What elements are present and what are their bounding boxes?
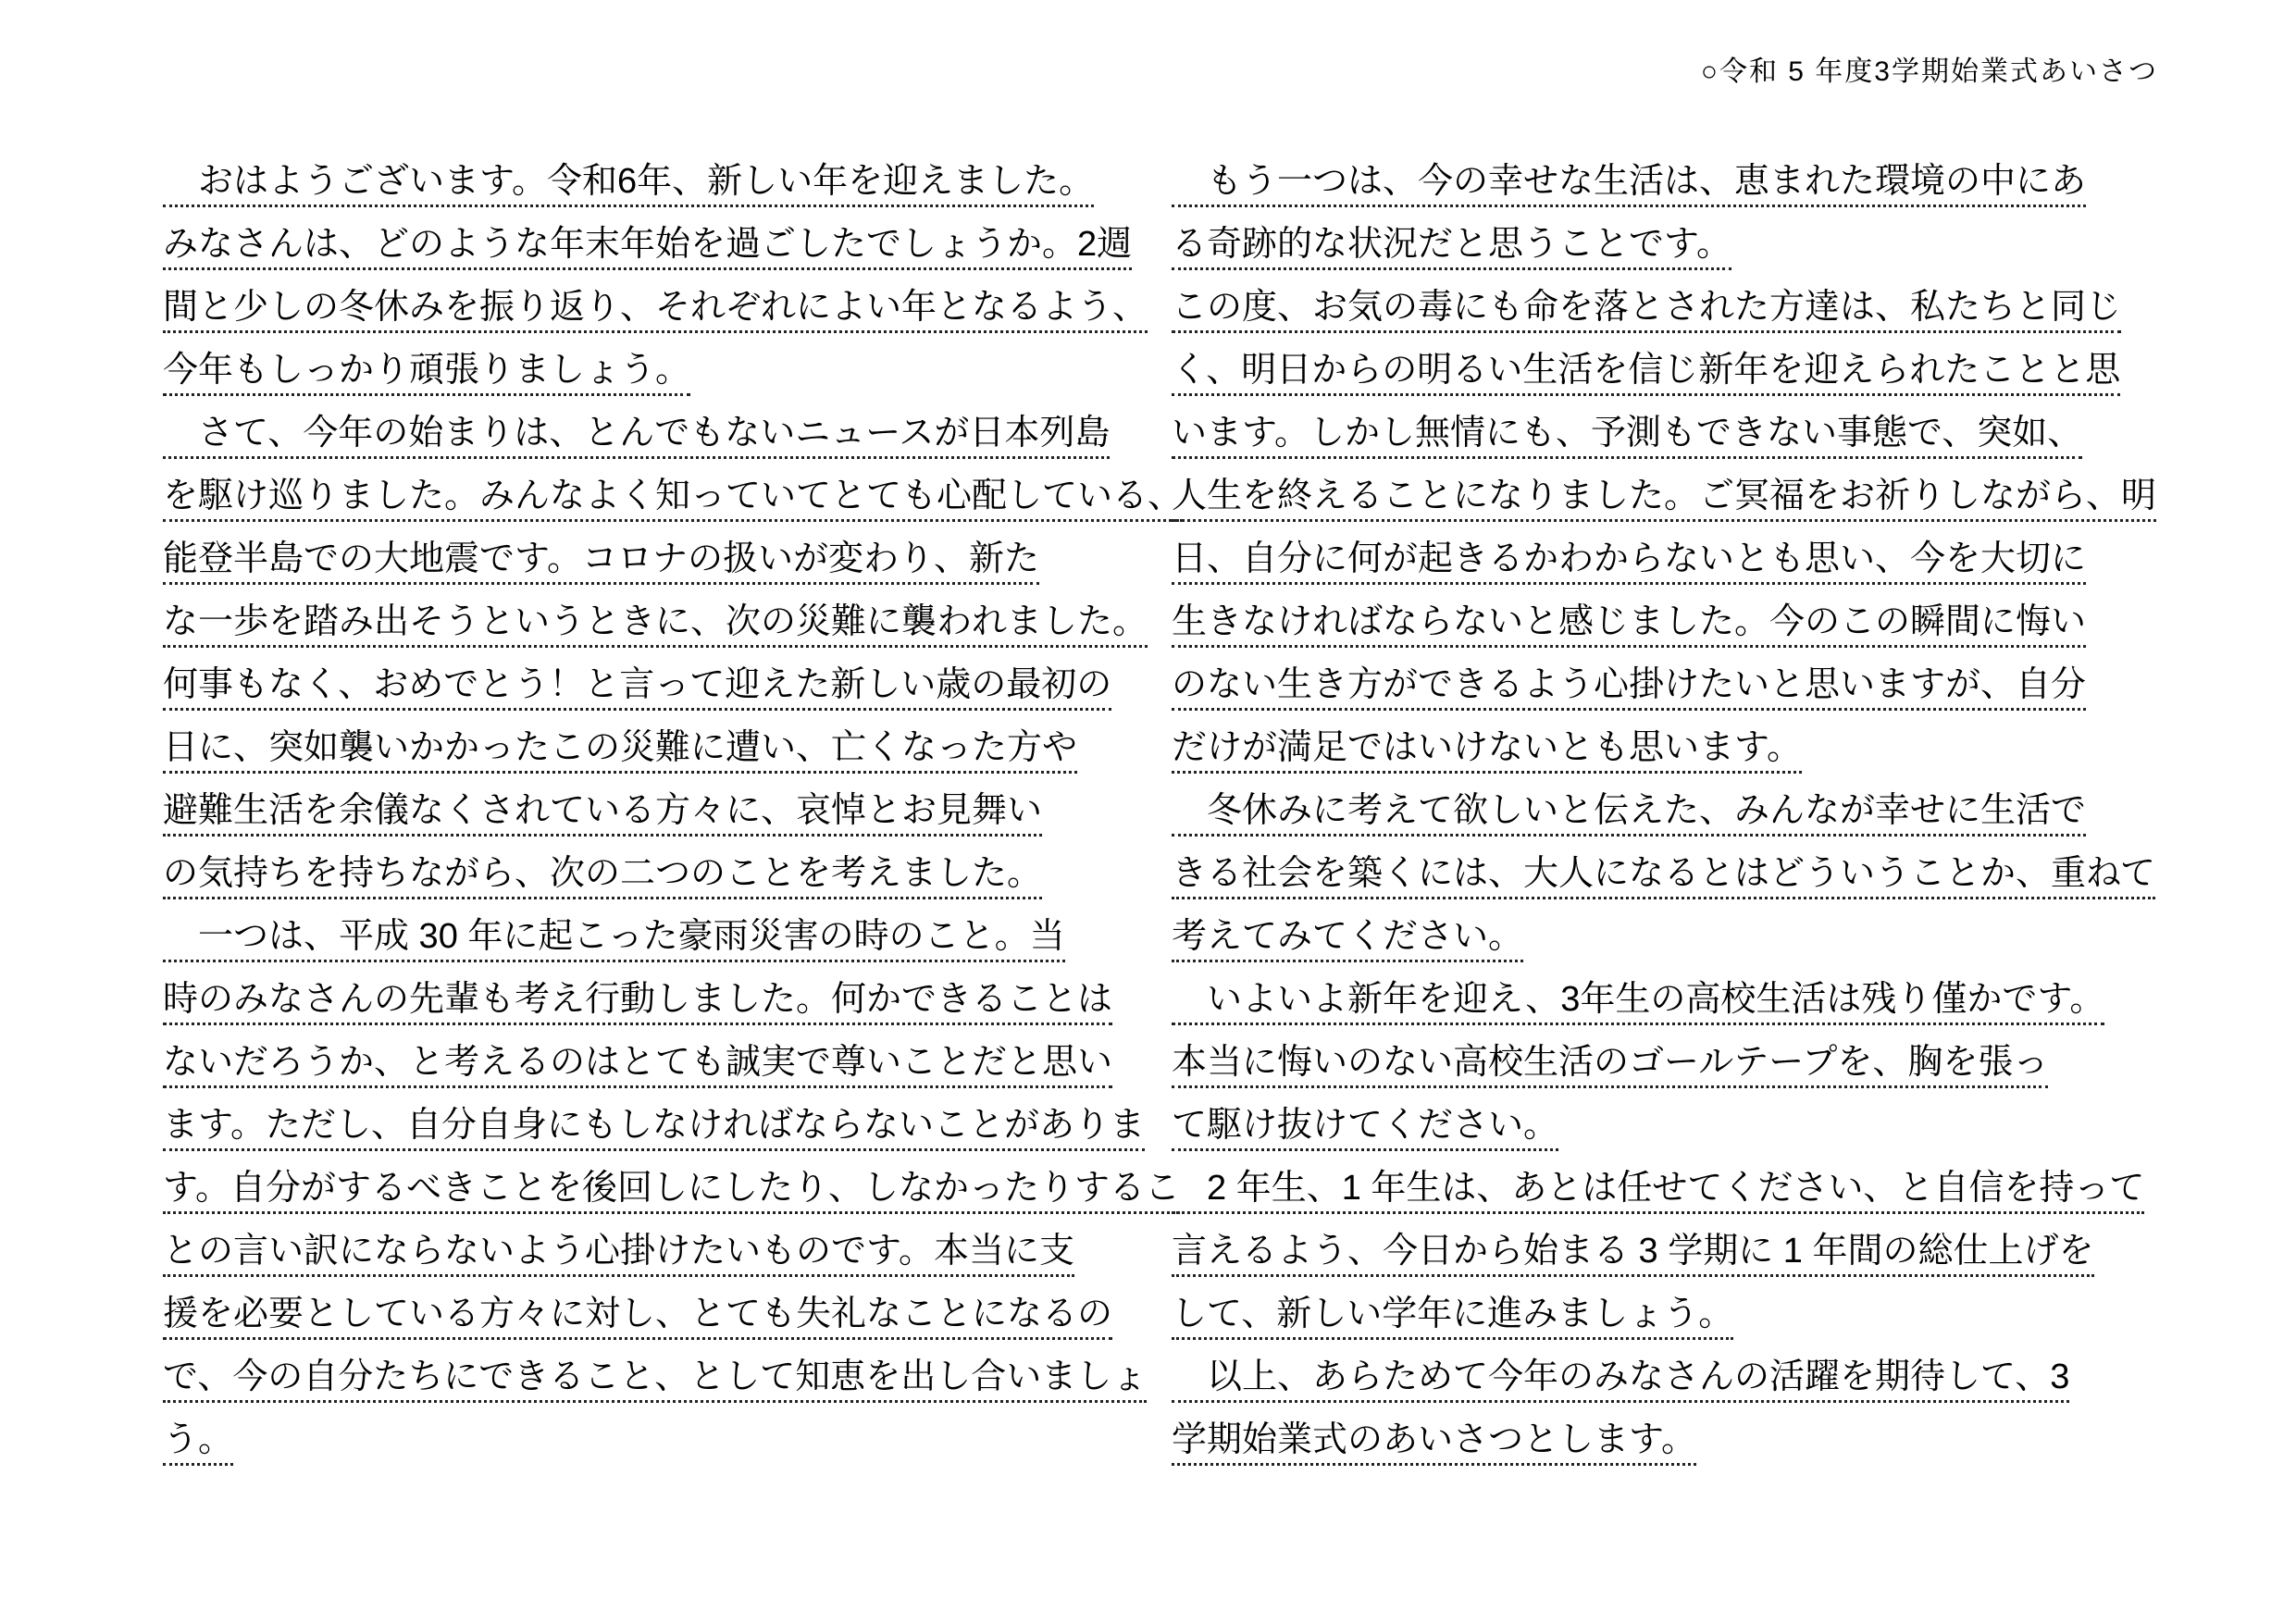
text-line-content: 学期始業式のあいさつとします。: [1172, 1420, 1696, 1466]
text-line-content: 以上、あらためて今年のみなさんの活躍を期待して、3: [1172, 1357, 2069, 1403]
text-line: な一歩を踏み出そうというときに、次の災難に襲われました。: [163, 594, 1131, 657]
text-line-content: で、今の自分たちにできること、として知恵を出し合いましょ: [163, 1357, 1147, 1403]
text-line: 間と少しの冬休みを振り返り、それぞれによい年となるよう、: [163, 279, 1131, 342]
text-line: 避難生活を余儀なくされている方々に、哀悼とお見舞い: [163, 783, 1131, 846]
text-line: いよいよ新年を迎え、3年生の高校生活は残り僅かです。: [1172, 972, 2140, 1035]
text-line: 生きなければならないと感じました。今のこの瞬間に悔い: [1172, 594, 2140, 657]
right-column: もう一つは、今の幸せな生活は、恵まれた環境の中にある奇跡的な状況だと思うことです…: [1172, 154, 2140, 1475]
text-line-content: 一つは、平成 30 年に起こった豪雨災害の時のこと。当: [163, 917, 1065, 962]
text-line: 一つは、平成 30 年に起こった豪雨災害の時のこと。当: [163, 909, 1131, 972]
text-line: の気持ちを持ちながら、次の二つのことを考えました。: [163, 846, 1131, 909]
text-line-content: 冬休みに考えて欲しいと伝えた、みんなが幸せに生活で: [1172, 791, 2086, 837]
text-line-content: す。自分がするべきことを後回しにしたり、しなかったりするこ: [163, 1169, 1180, 1214]
text-line-content: 考えてみてください。: [1172, 917, 1523, 962]
text-line: 以上、あらためて今年のみなさんの活躍を期待して、3: [1172, 1349, 2140, 1412]
text-line-content: いよいよ新年を迎え、3年生の高校生活は残り僅かです。: [1172, 980, 2104, 1025]
text-line-content: さて、今年の始まりは、とんでもないニュースが日本列島: [163, 414, 1110, 459]
text-line: す。自分がするべきことを後回しにしたり、しなかったりするこ: [163, 1160, 1131, 1223]
text-line-content: 今年もしっかり頑張りましょう。: [163, 351, 690, 396]
text-line-content: 能登半島での大地震です。コロナの扱いが変わり、新た: [163, 539, 1039, 585]
text-line: います。しかし無情にも、予測もできない事態で、突如、: [1172, 405, 2140, 468]
page-title: ○令和 5 年度3学期始業式あいさつ: [0, 48, 2158, 89]
text-line-content: 言えるよう、今日から始まる 3 学期に 1 年間の総仕上げを: [1172, 1232, 2094, 1277]
text-line: もう一つは、今の幸せな生活は、恵まれた環境の中にあ: [1172, 154, 2140, 217]
text-line-content: もう一つは、今の幸せな生活は、恵まれた環境の中にあ: [1172, 162, 2086, 207]
text-line-content: て駆け抜けてください。: [1172, 1106, 1558, 1151]
text-line-content: 間と少しの冬休みを振り返り、それぞれによい年となるよう、: [163, 288, 1148, 333]
text-line-content: ます。ただし、自分自身にもしなければならないことがありま: [163, 1106, 1145, 1151]
text-line: のない生き方ができるよう心掛けたいと思いますが、自分: [1172, 657, 2140, 720]
text-line-content: な一歩を踏み出そうというときに、次の災難に襲われました。: [163, 602, 1148, 648]
text-line-content: おはようございます。令和6年、新しい年を迎えました。: [163, 162, 1094, 207]
text-line: て駆け抜けてください。: [1172, 1097, 2140, 1160]
text-line-content: だけが満足ではいけないとも思います。: [1172, 728, 1802, 774]
text-line: この度、お気の毒にも命を落とされた方達は、私たちと同じ: [1172, 279, 2140, 342]
text-line: きる社会を築くには、大人になるとはどういうことか、重ねて: [1172, 846, 2140, 909]
text-line: で、今の自分たちにできること、として知恵を出し合いましょ: [163, 1349, 1131, 1412]
left-column: おはようございます。令和6年、新しい年を迎えました。みなさんは、どのような年末年…: [163, 154, 1131, 1475]
text-line: 本当に悔いのない高校生活のゴールテープを、胸を張っ: [1172, 1035, 2140, 1097]
text-line: との言い訳にならないよう心掛けたいものです。本当に支: [163, 1223, 1131, 1286]
text-line-content: う。: [163, 1420, 233, 1466]
text-line: 能登半島での大地震です。コロナの扱いが変わり、新た: [163, 531, 1131, 594]
text-line: さて、今年の始まりは、とんでもないニュースが日本列島: [163, 405, 1131, 468]
text-line: 考えてみてください。: [1172, 909, 2140, 972]
text-line-content: きる社会を築くには、大人になるとはどういうことか、重ねて: [1172, 854, 2155, 899]
text-line: おはようございます。令和6年、新しい年を迎えました。: [163, 154, 1131, 217]
text-line-content: して、新しい学年に進みましょう。: [1172, 1295, 1733, 1340]
text-line: 2 年生、1 年生は、あとは任せてください、と自信を持って: [1172, 1160, 2140, 1223]
text-line-content: く、明日からの明るい生活を信じ新年を迎えられたことと思: [1172, 351, 2120, 396]
text-line-content: います。しかし無情にも、予測もできない事態で、突如、: [1172, 414, 2082, 459]
text-line-content: の気持ちを持ちながら、次の二つのことを考えました。: [163, 854, 1042, 899]
text-line: 言えるよう、今日から始まる 3 学期に 1 年間の総仕上げを: [1172, 1223, 2140, 1286]
text-line: 学期始業式のあいさつとします。: [1172, 1412, 2140, 1475]
text-line: く、明日からの明るい生活を信じ新年を迎えられたことと思: [1172, 342, 2140, 405]
text-line: 今年もしっかり頑張りましょう。: [163, 342, 1131, 405]
text-line: 日、自分に何が起きるかわからないとも思い、今を大切に: [1172, 531, 2140, 594]
text-line: して、新しい学年に進みましょう。: [1172, 1286, 2140, 1349]
text-line-content: 援を必要としている方々に対し、とても失礼なことになるの: [163, 1295, 1112, 1340]
text-line-content: 生きなければならないと感じました。今のこの瞬間に悔い: [1172, 602, 2086, 648]
text-line: 冬休みに考えて欲しいと伝えた、みんなが幸せに生活で: [1172, 783, 2140, 846]
text-line-content: のない生き方ができるよう心掛けたいと思いますが、自分: [1172, 665, 2086, 711]
text-line: 援を必要としている方々に対し、とても失礼なことになるの: [163, 1286, 1131, 1349]
text-line: だけが満足ではいけないとも思います。: [1172, 720, 2140, 783]
text-line-content: 何事もなく、おめでとう！と言って迎えた新しい歳の最初の: [163, 665, 1111, 711]
text-line-content: 時のみなさんの先輩も考え行動しました。何かできることは: [163, 980, 1112, 1025]
text-line-content: ないだろうか、と考えるのはとても誠実で尊いことだと思い: [163, 1043, 1112, 1088]
text-line: う。: [163, 1412, 1131, 1475]
text-line-content: 人生を終えることになりました。ご冥福をお祈りしながら、明: [1172, 477, 2156, 522]
text-line-content: 2 年生、1 年生は、あとは任せてください、と自信を持って: [1172, 1169, 2144, 1214]
document-page: ○令和 5 年度3学期始業式あいさつ おはようございます。令和6年、新しい年を迎…: [0, 0, 2296, 1624]
text-line: ないだろうか、と考えるのはとても誠実で尊いことだと思い: [163, 1035, 1131, 1097]
text-line: 人生を終えることになりました。ご冥福をお祈りしながら、明: [1172, 468, 2140, 531]
text-line: 時のみなさんの先輩も考え行動しました。何かできることは: [163, 972, 1131, 1035]
text-line-content: みなさんは、どのような年末年始を過ごしたでしょうか。2週: [163, 225, 1132, 270]
text-line: を駆け巡りました。みんなよく知っていてとても心配している、: [163, 468, 1131, 531]
text-line: ます。ただし、自分自身にもしなければならないことがありま: [163, 1097, 1131, 1160]
text-line: 何事もなく、おめでとう！と言って迎えた新しい歳の最初の: [163, 657, 1131, 720]
text-line: みなさんは、どのような年末年始を過ごしたでしょうか。2週: [163, 217, 1131, 279]
text-line-content: 日、自分に何が起きるかわからないとも思い、今を大切に: [1172, 539, 2086, 585]
text-line-content: この度、お気の毒にも命を落とされた方達は、私たちと同じ: [1172, 288, 2121, 333]
text-columns: おはようございます。令和6年、新しい年を迎えました。みなさんは、どのような年末年…: [163, 154, 2140, 1475]
text-line-content: 避難生活を余儀なくされている方々に、哀悼とお見舞い: [163, 791, 1042, 837]
text-line: る奇跡的な状況だと思うことです。: [1172, 217, 2140, 279]
text-line-content: る奇跡的な状況だと思うことです。: [1172, 225, 1731, 270]
text-line-content: を駆け巡りました。みんなよく知っていてとても心配している、: [163, 477, 1183, 522]
text-line-content: との言い訳にならないよう心掛けたいものです。本当に支: [163, 1232, 1074, 1277]
text-line-content: 本当に悔いのない高校生活のゴールテープを、胸を張っ: [1172, 1043, 2048, 1088]
text-line-content: 日に、突如襲いかかったこの災難に遭い、亡くなった方や: [163, 728, 1077, 774]
text-line: 日に、突如襲いかかったこの災難に遭い、亡くなった方や: [163, 720, 1131, 783]
